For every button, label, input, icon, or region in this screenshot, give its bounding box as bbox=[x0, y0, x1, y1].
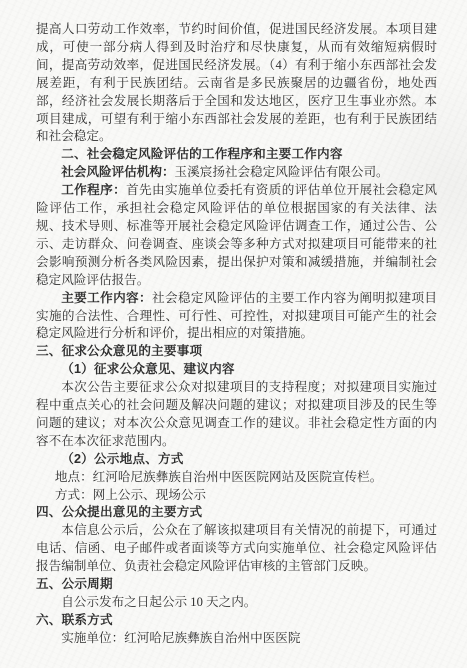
text-run: 提高人口劳动工作效率，节约时间价值，促进国民经济发展。本项目建成，可使一部分病人… bbox=[36, 22, 437, 143]
text-run: 方式：网上公示、现场公示 bbox=[55, 488, 206, 502]
paragraph: 社会风险评估机构：玉溪宸扬社会稳定风险评估有限公司。 bbox=[36, 164, 437, 182]
bold-text-run: 工作程序： bbox=[61, 183, 126, 197]
paragraph: 主要工作内容：社会稳定风险评估的主要工作内容为阐明拟建项目实施的合法性、合理性、… bbox=[36, 290, 437, 344]
bold-text-run: 四、公众提出意见的主要方式 bbox=[36, 505, 202, 519]
document-page: 提高人口劳动工作效率，节约时间价值，促进国民经济发展。本项目建成，可使一部分病人… bbox=[0, 0, 467, 668]
bold-text-run: 二、社会稳定风险评估的工作程序和主要工作内容 bbox=[61, 147, 342, 161]
bold-text-run: 社会风险评估机构： bbox=[61, 165, 174, 179]
text-run: 首先由实施单位委托有资质的评估单位开展社会稳定风险评估工作，承担社会稳定风险评估… bbox=[36, 183, 437, 287]
paragraph: 工作程序：首先由实施单位委托有资质的评估单位开展社会稳定风险评估工作，承担社会稳… bbox=[36, 182, 437, 289]
section-heading: 六、联系方式 bbox=[36, 612, 437, 630]
text-run: 本次公告主要征求公众对拟建项目的支持程度；对拟建项目实施过程中重点关心的社会问题… bbox=[36, 380, 437, 448]
bold-text-run: 五、公示周期 bbox=[36, 577, 113, 591]
section-heading: 二、社会稳定风险评估的工作程序和主要工作内容 bbox=[36, 146, 437, 164]
paragraph: 本信息公示后，公众在了解该拟建项目有关情况的前提下，可通过电话、信函、电子邮件或… bbox=[36, 522, 437, 576]
section-heading: （2）公示地点、方式 bbox=[36, 451, 437, 469]
bold-text-run: （1）征求公众意见、建议内容 bbox=[61, 362, 235, 376]
bold-text-run: 六、联系方式 bbox=[36, 613, 113, 627]
bold-text-run: 主要工作内容： bbox=[61, 291, 152, 305]
section-heading: 三、征求公众意见的主要事项 bbox=[36, 343, 437, 361]
text-run: 自公示发布之日起公示 10 天之内。 bbox=[61, 595, 256, 609]
section-heading: 五、公示周期 bbox=[36, 576, 437, 594]
text-run: 实施单位：红河哈尼族彝族自治州中医医院 bbox=[61, 631, 300, 645]
paragraph: 实施单位：红河哈尼族彝族自治州中医医院 bbox=[36, 630, 437, 648]
section-heading: 四、公众提出意见的主要方式 bbox=[36, 504, 437, 522]
section-heading: （1）征求公众意见、建议内容 bbox=[36, 361, 437, 379]
paragraph: 提高人口劳动工作效率，节约时间价值，促进国民经济发展。本项目建成，可使一部分病人… bbox=[36, 21, 437, 146]
bold-text-run: 三、征求公众意见的主要事项 bbox=[36, 344, 202, 358]
text-run: 玉溪宸扬社会稳定风险评估有限公司。 bbox=[175, 165, 389, 179]
paragraph: 本次公告主要征求公众对拟建项目的支持程度；对拟建项目实施过程中重点关心的社会问题… bbox=[36, 379, 437, 451]
paragraph: 自公示发布之日起公示 10 天之内。 bbox=[36, 594, 437, 612]
text-run: 本信息公示后，公众在了解该拟建项目有关情况的前提下，可通过电话、信函、电子邮件或… bbox=[36, 523, 437, 573]
paragraph: 地点：红河哈尼族彝族自治州中医医院网站及医院宣传栏。 bbox=[36, 469, 437, 487]
bold-text-run: （2）公示地点、方式 bbox=[61, 452, 183, 466]
text-run: 地点：红河哈尼族彝族自治州中医医院网站及医院宣传栏。 bbox=[55, 470, 382, 484]
paragraph: 方式：网上公示、现场公示 bbox=[36, 487, 437, 505]
